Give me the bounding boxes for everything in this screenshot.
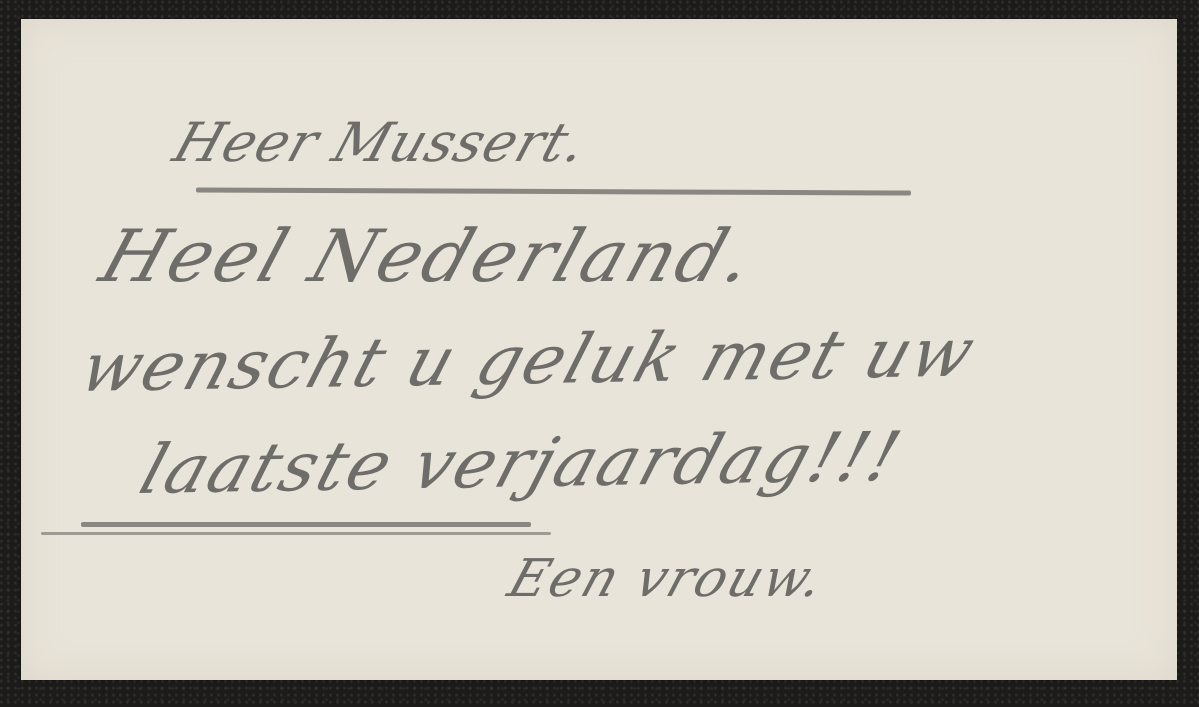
signature-line: Een vrouw. [501,549,833,609]
note-card: Heer Mussert. Heel Nederland. wenscht u … [21,19,1177,680]
salutation-underline [196,187,911,195]
message-line-3: laatste verjaardag!!! [131,418,911,510]
emphasis-underline-bottom [41,532,551,535]
salutation-line: Heer Mussert. [166,111,596,174]
emphasis-underline-top [81,522,531,527]
message-line-1: Heel Nederland. [91,214,767,298]
message-line-2: wenscht u geluk met uw [71,314,985,408]
